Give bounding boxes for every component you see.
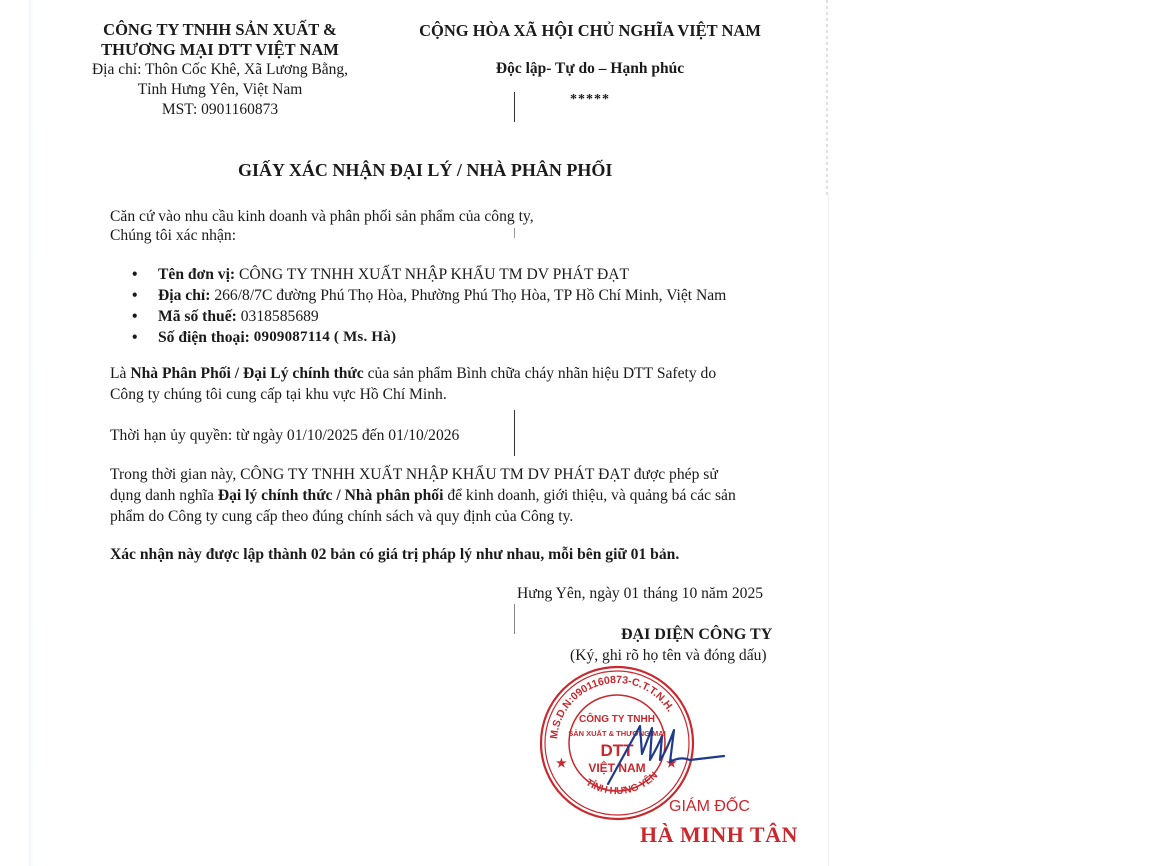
rights-suffix: để kinh doanh, giới thiệu, và quảng bá c… <box>443 487 735 504</box>
issuer-name-line2: THƯƠNG MẠI DTT VIỆT NAM <box>70 40 370 60</box>
detail-value: CÔNG TY TNHH XUẤT NHẬP KHẨU TM DV PHÁT Đ… <box>235 264 629 285</box>
fold-mark <box>514 410 515 456</box>
document-page: CÔNG TY TNHH SẢN XUẤT & THƯƠNG MẠI DTT V… <box>0 0 1152 866</box>
issuer-tax-id: MST: 0901160873 <box>70 100 370 120</box>
rights-bold: Đại lý chính thức / Nhà phân phối <box>218 487 444 504</box>
detail-label: Mã số thuế: <box>158 306 237 327</box>
distributor-details: • Tên đơn vị: CÔNG TY TNHH XUẤT NHẬP KHẨ… <box>132 264 726 348</box>
issuer-header: CÔNG TY TNHH SẢN XUẤT & THƯƠNG MẠI DTT V… <box>70 20 370 120</box>
detail-row-phone: • Số điện thoại: 0909087114 ( Ms. Hà) <box>132 327 726 348</box>
national-header: CỘNG HÒA XÃ HỘI CHỦ NGHĨA VIỆT NAM Độc l… <box>400 20 780 108</box>
bullet-icon: • <box>132 327 158 348</box>
issuer-address-line2: Tỉnh Hưng Yên, Việt Nam <box>70 80 370 100</box>
place-date: Hưng Yên, ngày 01 tháng 10 năm 2025 <box>517 585 763 603</box>
rights-line2: dụng danh nghĩa Đại lý chính thức / Nhà … <box>110 486 736 506</box>
rights-line3: phẩm do Công ty cung cấp theo đúng chính… <box>110 507 573 527</box>
bullet-icon: • <box>132 306 158 327</box>
copies-statement: Xác nhận này được lập thành 02 bản có gi… <box>110 545 679 565</box>
term-line: Thời hạn ủy quyền: từ ngày 01/10/2025 đế… <box>110 426 459 446</box>
fold-mark <box>514 228 515 238</box>
svg-text:★: ★ <box>556 756 567 770</box>
signature-icon <box>600 716 730 786</box>
detail-row-address: • Địa chỉ: 266/8/7C đường Phú Thọ Hòa, P… <box>132 285 726 306</box>
detail-value: 0318585689 <box>237 306 319 327</box>
intro-line1: Căn cứ vào nhu cầu kinh doanh và phân ph… <box>110 207 534 227</box>
scan-edge-left <box>29 0 33 866</box>
rights-prefix: dụng danh nghĩa <box>110 487 218 504</box>
bullet-icon: • <box>132 285 158 306</box>
fold-mark <box>514 604 515 634</box>
issuer-address-line1: Địa chỉ: Thôn Cốc Khê, Xã Lương Bằng, <box>70 60 370 80</box>
nation-title: CỘNG HÒA XÃ HỘI CHỦ NGHĨA VIỆT NAM <box>400 20 780 42</box>
statement-suffix: của sản phẩm Bình chữa cháy nhãn hiệu DT… <box>364 365 716 382</box>
detail-value: 266/8/7C đường Phú Thọ Hòa, Phường Phú T… <box>210 285 726 306</box>
detail-row-tax: • Mã số thuế: 0318585689 <box>132 306 726 327</box>
rights-line1: Trong thời gian này, CÔNG TY TNHH XUẤT N… <box>110 465 718 485</box>
statement-line1: Là Nhà Phân Phối / Đại Lý chính thức của… <box>110 364 716 384</box>
scan-edge-right <box>826 0 828 195</box>
detail-row-name: • Tên đơn vị: CÔNG TY TNHH XUẤT NHẬP KHẨ… <box>132 264 726 285</box>
signer-name: HÀ MINH TÂN <box>640 822 798 848</box>
separator-stars: ***** <box>400 92 780 108</box>
statement-prefix: Là <box>110 365 130 382</box>
representative-title: ĐẠI DIỆN CÔNG TY <box>621 626 772 644</box>
intro-line2: Chúng tôi xác nhận: <box>110 226 236 246</box>
document-title: GIẤY XÁC NHẬN ĐẠI LÝ / NHÀ PHÂN PHỐI <box>238 160 638 181</box>
representative-note: (Ký, ghi rõ họ tên và đóng dấu) <box>570 647 767 665</box>
signer-position: GIÁM ĐỐC <box>669 798 750 816</box>
detail-label: Địa chỉ: <box>158 285 210 306</box>
detail-value: 0909087114 ( Ms. Hà) <box>250 327 396 348</box>
national-motto: Độc lập- Tự do – Hạnh phúc <box>400 60 780 78</box>
statement-line2: Công ty chúng tôi cung cấp tại khu vực H… <box>110 385 447 405</box>
detail-label: Tên đơn vị: <box>158 264 235 285</box>
detail-label: Số điện thoại: <box>158 327 250 348</box>
statement-bold: Nhà Phân Phối / Đại Lý chính thức <box>130 365 363 382</box>
scan-edge-right-lower <box>828 195 829 866</box>
issuer-name-line1: CÔNG TY TNHH SẢN XUẤT & <box>70 20 370 40</box>
bullet-icon: • <box>132 264 158 285</box>
